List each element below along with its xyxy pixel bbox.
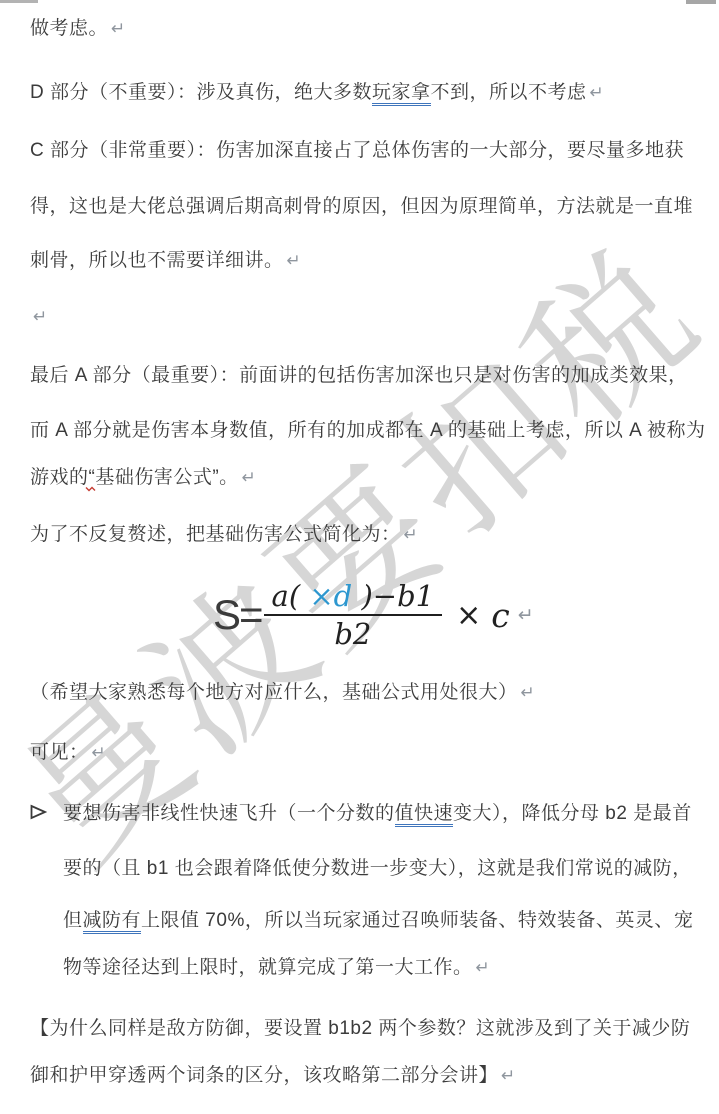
text-line: C 部分（非常重要）：伤害加深直接占了总体伤害的一大部分，要尽量多地获 (30, 140, 684, 161)
text-segment: 变大），降低分母 b2 是最首 (453, 803, 692, 824)
document-body: 做考虑。↵D 部分（不重要）：涉及真伤，绝大多数玩家拿不到，所以不考虑↵C 部分… (0, 0, 719, 1114)
text-line: 但减防有上限值 70%，所以当玩家通过召唤师装备、特效装备、英灵、宠 (63, 910, 693, 931)
formula-multiply-sign: × (456, 598, 481, 633)
paragraph-mark-icon: ↵ (287, 251, 301, 271)
text-segment: 而 A 部分就是伤害本身数值，所有的加成都在 A 的基础上考虑，所以 A 被称为 (30, 420, 706, 441)
text-line: 物等途径达到上限时，就算完成了第一大工作。↵ (63, 957, 490, 979)
text-segment: D 部分（不重要）：涉及真伤，绝大多数 (30, 82, 372, 103)
paragraph-mark-icon: ↵ (92, 743, 106, 763)
paragraph-mark-icon: ↵ (518, 604, 534, 626)
bullet-arrow-icon (30, 804, 47, 820)
formula-denominator: b2 (264, 614, 443, 649)
text-line: 得，这也是大佬总强调后期高刺骨的原因，但因为原理简单，方法就是一直堆 (30, 196, 693, 217)
text-segment: C 部分（非常重要）：伤害加深直接占了总体伤害的一大部分，要尽量多地获 (30, 140, 684, 161)
grammar-flagged-text: 值快速 (395, 803, 454, 827)
paragraph-mark-icon: ↵ (590, 83, 604, 103)
text-line: 游戏的“基础伤害公式”。↵ (30, 467, 256, 489)
formula-num-open: a( (272, 579, 301, 613)
text-line: D 部分（不重要）：涉及真伤，绝大多数玩家拿不到，所以不考虑↵ (30, 82, 604, 104)
paragraph-mark-icon: ↵ (404, 525, 418, 545)
text-line: 刺骨，所以也不需要详细讲。↵ (30, 250, 301, 272)
text-segment: 【为什么同样是敌方防御，要设置 b1b2 两个参数？这就涉及到了关于减少防 (30, 1018, 690, 1039)
paragraph-mark-icon: ↵ (501, 1066, 515, 1086)
text-segment: 要的（且 b1 也会跟着降低使分数进一步变大），这就是我们常说的减防， (63, 858, 692, 879)
grammar-flagged-text: 减防有 (83, 910, 142, 934)
text-segment: （希望大家熟悉每个地方对应什么，基础公式用处很大） (30, 682, 518, 703)
formula-fraction: a( ×d )−b1 b2 (264, 581, 443, 650)
grammar-flagged-text: 玩家拿 (372, 82, 431, 106)
text-line: 御和护甲穿透两个词条的区分，该攻略第二部分会讲】↵ (30, 1065, 515, 1087)
text-segment: 御和护甲穿透两个词条的区分，该攻略第二部分会讲】 (30, 1065, 498, 1086)
spellcheck-squiggle-icon (85, 486, 98, 492)
text-segment: 为了不反复赘述，把基础伤害公式简化为： (30, 524, 401, 545)
text-segment: 游戏的“基础伤害公式”。 (30, 467, 239, 488)
text-segment: 最后 A 部分（最重要）：前面讲的包括伤害加深也只是对伤害的加成类效果， (30, 365, 688, 386)
formula-c-variable: c (491, 596, 509, 635)
formula-num-blue-term: ×d (309, 579, 352, 613)
text-segment: 不到，所以不考虑 (431, 82, 587, 103)
text-segment: 得，这也是大佬总强调后期高刺骨的原因，但因为原理简单，方法就是一直堆 (30, 196, 693, 217)
text-segment: 物等途径达到上限时，就算完成了第一大工作。 (63, 957, 473, 978)
text-line: 要想伤害非线性快速飞升（一个分数的值快速变大），降低分母 b2 是最首 (63, 803, 692, 824)
text-line: 可见：↵ (30, 742, 106, 764)
text-line: ↵ (30, 306, 47, 328)
text-line: 为了不反复赘述，把基础伤害公式简化为：↵ (30, 524, 418, 546)
text-line: 最后 A 部分（最重要）：前面讲的包括伤害加深也只是对伤害的加成类效果， (30, 365, 688, 386)
formula-numerator: a( ×d )−b1 (264, 581, 443, 614)
paragraph-mark-icon: ↵ (33, 307, 47, 327)
text-segment: 要想伤害非线性快速飞升（一个分数的 (63, 803, 395, 824)
text-line: （希望大家熟悉每个地方对应什么，基础公式用处很大）↵ (30, 682, 535, 704)
text-line: 做考虑。↵ (30, 18, 125, 40)
text-segment: 上限值 70%，所以当玩家通过召唤师装备、特效装备、英灵、宠 (141, 910, 693, 931)
text-line: 【为什么同样是敌方防御，要设置 b1b2 两个参数？这就涉及到了关于减少防 (30, 1018, 690, 1039)
text-segment: 刺骨，所以也不需要详细讲。 (30, 250, 284, 271)
damage-formula: S= a( ×d )−b1 b2 × c ↵ (213, 581, 534, 650)
screen-edge-artifact-right (686, 0, 716, 4)
text-segment: 做考虑。 (30, 18, 108, 39)
screen-edge-artifact-left (0, 0, 38, 3)
formula-num-close: )−b1 (361, 579, 434, 613)
text-line: 要的（且 b1 也会跟着降低使分数进一步变大），这就是我们常说的减防， (63, 858, 692, 879)
text-segment: 可见： (30, 742, 89, 763)
paragraph-mark-icon: ↵ (476, 958, 490, 978)
text-line: 而 A 部分就是伤害本身数值，所有的加成都在 A 的基础上考虑，所以 A 被称为 (30, 420, 706, 441)
paragraph-mark-icon: ↵ (242, 468, 256, 488)
paragraph-mark-icon: ↵ (521, 683, 535, 703)
formula-lhs: S= (213, 594, 262, 636)
text-segment: 但 (63, 910, 83, 931)
paragraph-mark-icon: ↵ (111, 19, 125, 39)
